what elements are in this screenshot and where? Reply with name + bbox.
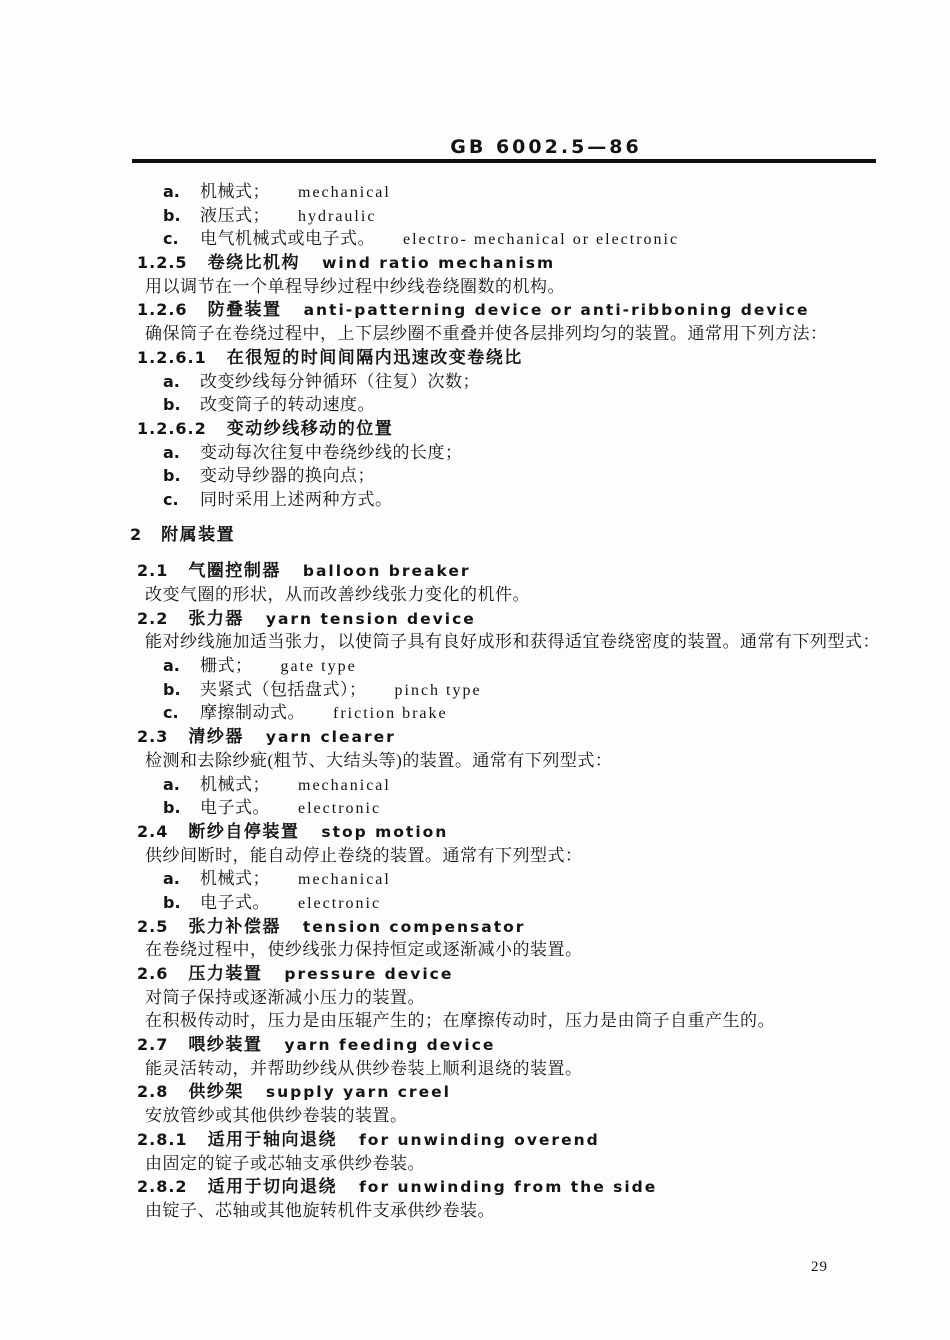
item-marker: a. xyxy=(163,773,183,797)
section-number: 1.2.6 xyxy=(137,300,188,319)
chinese-term: 在很短的时间间隔内迅速改变卷绕比 xyxy=(227,348,523,368)
english-term: electronic xyxy=(298,895,381,912)
list-item: a.机械式；mechanical xyxy=(0,773,950,797)
section-number: 2 xyxy=(130,525,141,544)
english-term: gate type xyxy=(281,658,357,675)
english-term: yarn tension device xyxy=(266,610,476,628)
item-marker: c. xyxy=(163,488,183,512)
section-heading: 2.8.2适用于切向退绕for unwinding from the side xyxy=(0,1175,950,1199)
body-paragraph: 改变气圈的形状，从而改善纱线张力变化的机件。 xyxy=(0,583,950,607)
section-number: 2.1 xyxy=(137,561,168,580)
list-item: c.同时采用上述两种方式。 xyxy=(0,488,950,512)
paragraph-text: 检测和去除纱疵(粗节、大结头等)的装置。通常有下列型式： xyxy=(145,751,612,770)
list-item: a.机械式；mechanical xyxy=(0,867,950,891)
header-rule xyxy=(132,159,876,163)
chinese-term: 机械式； xyxy=(200,182,270,201)
item-marker: a. xyxy=(163,867,183,891)
chinese-term: 适用于切向退绕 xyxy=(208,1177,338,1197)
paragraph-text: 供纱间断时，能自动停止卷绕的装置。通常有下列型式： xyxy=(145,846,583,865)
section-heading: 1.2.6.2变动纱线移动的位置 xyxy=(0,417,950,441)
english-term: yarn clearer xyxy=(266,728,396,746)
item-marker: a. xyxy=(163,654,183,678)
list-item: a.栅式；gate type xyxy=(0,654,950,678)
list-item: b.电子式。electronic xyxy=(0,796,950,820)
chinese-term: 压力装置 xyxy=(188,964,262,984)
english-term: stop motion xyxy=(321,823,448,841)
list-item: b.液压式；hydraulic xyxy=(0,204,950,228)
document-page: GB 6002.5—86 a.机械式；mechanicalb.液压式；hydra… xyxy=(0,0,950,1340)
english-term: anti-patterning device or anti-ribboning… xyxy=(304,301,810,319)
section-heading: 1.2.5卷绕比机构wind ratio mechanism xyxy=(0,251,950,275)
body-paragraph: 由锭子、芯轴或其他旋转机件支承供纱卷装。 xyxy=(0,1199,950,1223)
paragraph-text: 确保筒子在卷绕过程中，上下层纱圈不重叠并使各层排列均匀的装置。通常用下列方法： xyxy=(145,324,828,343)
paragraph-text: 能灵活转动，并帮助纱线从供纱卷装上顺利退绕的装置。 xyxy=(145,1059,583,1078)
body-paragraph: 安放管纱或其他供纱卷装的装置。 xyxy=(0,1104,950,1128)
item-marker: c. xyxy=(163,701,183,725)
section-heading: 2.5张力补偿器tension compensator xyxy=(0,915,950,939)
paragraph-text: 用以调节在一个单程导纱过程中纱线卷绕圈数的机构。 xyxy=(145,277,565,296)
chinese-term: 改变纱线每分钟循环（往复）次数； xyxy=(200,372,480,391)
english-term: tension compensator xyxy=(303,918,526,936)
chinese-term: 机械式； xyxy=(200,869,270,888)
body-paragraph: 能对纱线施加适当张力，以使筒子具有良好成形和获得适宜卷绕密度的装置。通常有下列型… xyxy=(0,630,950,654)
item-marker: b. xyxy=(163,796,183,820)
chinese-term: 供纱架 xyxy=(188,1082,244,1102)
chinese-term: 附属装置 xyxy=(161,525,235,545)
section-heading: 1.2.6.1在很短的时间间隔内迅速改变卷绕比 xyxy=(0,346,950,370)
item-marker: b. xyxy=(163,204,183,228)
section-heading: 2.7喂纱装置yarn feeding device xyxy=(0,1033,950,1057)
section-heading: 2.8供纱架supply yarn creel xyxy=(0,1080,950,1104)
item-marker: a. xyxy=(163,180,183,204)
section-heading: 2.6压力装置pressure device xyxy=(0,962,950,986)
item-marker: c. xyxy=(163,227,183,251)
chapter-heading: 2附属装置 xyxy=(0,523,950,547)
list-item: a.改变纱线每分钟循环（往复）次数； xyxy=(0,370,950,394)
item-marker: a. xyxy=(163,441,183,465)
list-item: b.改变筒子的转动速度。 xyxy=(0,393,950,417)
paragraph-text: 由锭子、芯轴或其他旋转机件支承供纱卷装。 xyxy=(145,1201,495,1220)
paragraph-text: 能对纱线施加适当张力，以使筒子具有良好成形和获得适宜卷绕密度的装置。通常有下列型… xyxy=(145,632,880,651)
chinese-term: 栅式； xyxy=(200,656,253,675)
english-term: electro- mechanical or electronic xyxy=(403,231,679,248)
section-number: 2.5 xyxy=(137,917,168,936)
body-paragraph: 由固定的锭子或芯轴支承供纱卷装。 xyxy=(0,1152,950,1176)
chinese-term: 电子式。 xyxy=(200,893,270,912)
list-item: b.变动导纱器的换向点； xyxy=(0,464,950,488)
english-term: balloon breaker xyxy=(303,562,471,580)
chinese-term: 摩擦制动式。 xyxy=(200,703,305,722)
list-item: b.电子式。electronic xyxy=(0,891,950,915)
section-heading: 2.4断纱自停装置stop motion xyxy=(0,820,950,844)
english-term: mechanical xyxy=(298,871,391,888)
body-paragraph: 确保筒子在卷绕过程中，上下层纱圈不重叠并使各层排列均匀的装置。通常用下列方法： xyxy=(0,322,950,346)
english-term: friction brake xyxy=(333,705,448,722)
paragraph-text: 对筒子保持或逐渐减小压力的装置。 xyxy=(145,988,425,1007)
chinese-term: 适用于轴向退绕 xyxy=(208,1130,338,1150)
english-term: mechanical xyxy=(298,777,391,794)
chinese-term: 改变筒子的转动速度。 xyxy=(200,395,375,414)
chinese-term: 电气机械式或电子式。 xyxy=(200,229,375,248)
chinese-term: 机械式； xyxy=(200,775,270,794)
body-paragraph: 能灵活转动，并帮助纱线从供纱卷装上顺利退绕的装置。 xyxy=(0,1057,950,1081)
english-term: mechanical xyxy=(298,184,391,201)
body-paragraph: 在积极传动时，压力是由压辊产生的；在摩擦传动时，压力是由筒子自重产生的。 xyxy=(0,1009,950,1033)
english-term: supply yarn creel xyxy=(266,1083,451,1101)
section-number: 1.2.6.2 xyxy=(137,419,207,438)
chinese-term: 变动导纱器的换向点； xyxy=(200,466,375,485)
list-item: c.摩擦制动式。friction brake xyxy=(0,701,950,725)
paragraph-text: 由固定的锭子或芯轴支承供纱卷装。 xyxy=(145,1154,425,1173)
document-content: a.机械式；mechanicalb.液压式；hydraulicc.电气机械式或电… xyxy=(0,180,950,1223)
chinese-term: 气圈控制器 xyxy=(188,561,281,581)
section-heading: 2.3清纱器yarn clearer xyxy=(0,725,950,749)
chinese-term: 断纱自停装置 xyxy=(188,822,299,842)
english-term: pinch type xyxy=(395,682,482,699)
body-paragraph: 检测和去除纱疵(粗节、大结头等)的装置。通常有下列型式： xyxy=(0,749,950,773)
chinese-term: 防叠装置 xyxy=(208,300,282,320)
english-term: hydraulic xyxy=(298,208,376,225)
section-number: 2.8 xyxy=(137,1082,168,1101)
paragraph-text: 安放管纱或其他供纱卷装的装置。 xyxy=(145,1106,408,1125)
body-paragraph: 用以调节在一个单程导纱过程中纱线卷绕圈数的机构。 xyxy=(0,275,950,299)
standard-number-title: GB 6002.5—86 xyxy=(450,136,641,158)
section-number: 2.6 xyxy=(137,964,168,983)
chinese-term: 夹紧式（包括盘式）； xyxy=(200,680,367,699)
page-number: 29 xyxy=(811,1259,828,1276)
chinese-term: 喂纱装置 xyxy=(188,1035,262,1055)
paragraph-text: 改变气圈的形状，从而改善纱线张力变化的机件。 xyxy=(145,585,530,604)
paragraph-text: 在卷绕过程中，使纱线张力保持恒定或逐渐减小的装置。 xyxy=(145,940,583,959)
chinese-term: 清纱器 xyxy=(188,727,244,747)
section-number: 1.2.5 xyxy=(137,253,188,272)
item-marker: b. xyxy=(163,678,183,702)
section-number: 2.7 xyxy=(137,1035,168,1054)
item-marker: b. xyxy=(163,464,183,488)
body-paragraph: 供纱间断时，能自动停止卷绕的装置。通常有下列型式： xyxy=(0,844,950,868)
chinese-term: 电子式。 xyxy=(200,798,270,817)
section-number: 2.4 xyxy=(137,822,168,841)
english-term: for unwinding overend xyxy=(359,1131,600,1149)
chinese-term: 卷绕比机构 xyxy=(208,253,301,273)
body-paragraph: 在卷绕过程中，使纱线张力保持恒定或逐渐减小的装置。 xyxy=(0,938,950,962)
chinese-term: 液压式； xyxy=(200,206,270,225)
english-term: for unwinding from the side xyxy=(359,1178,657,1196)
body-paragraph: 对筒子保持或逐渐减小压力的装置。 xyxy=(0,986,950,1010)
item-marker: b. xyxy=(163,891,183,915)
section-number: 2.8.2 xyxy=(137,1177,188,1196)
section-number: 2.8.1 xyxy=(137,1130,188,1149)
section-heading: 1.2.6防叠装置anti-patterning device or anti-… xyxy=(0,298,950,322)
item-marker: a. xyxy=(163,370,183,394)
section-number: 2.3 xyxy=(137,727,168,746)
chinese-term: 张力器 xyxy=(188,609,244,629)
paragraph-text: 在积极传动时，压力是由压辊产生的；在摩擦传动时，压力是由筒子自重产生的。 xyxy=(145,1011,775,1030)
section-heading: 2.2张力器yarn tension device xyxy=(0,607,950,631)
english-term: electronic xyxy=(298,800,381,817)
chinese-term: 同时采用上述两种方式。 xyxy=(200,490,393,509)
section-heading: 2.1气圈控制器balloon breaker xyxy=(0,559,950,583)
chinese-term: 变动每次往复中卷绕纱线的长度； xyxy=(200,443,463,462)
item-marker: b. xyxy=(163,393,183,417)
list-item: a.机械式；mechanical xyxy=(0,180,950,204)
list-item: a.变动每次往复中卷绕纱线的长度； xyxy=(0,441,950,465)
section-number: 1.2.6.1 xyxy=(137,348,207,367)
section-heading: 2.8.1适用于轴向退绕for unwinding overend xyxy=(0,1128,950,1152)
chinese-term: 张力补偿器 xyxy=(188,917,281,937)
list-item: c.电气机械式或电子式。electro- mechanical or elect… xyxy=(0,227,950,251)
section-number: 2.2 xyxy=(137,609,168,628)
english-term: pressure device xyxy=(284,965,453,983)
chinese-term: 变动纱线移动的位置 xyxy=(227,419,394,439)
english-term: yarn feeding device xyxy=(284,1036,495,1054)
english-term: wind ratio mechanism xyxy=(322,254,555,272)
list-item: b.夹紧式（包括盘式）；pinch type xyxy=(0,678,950,702)
